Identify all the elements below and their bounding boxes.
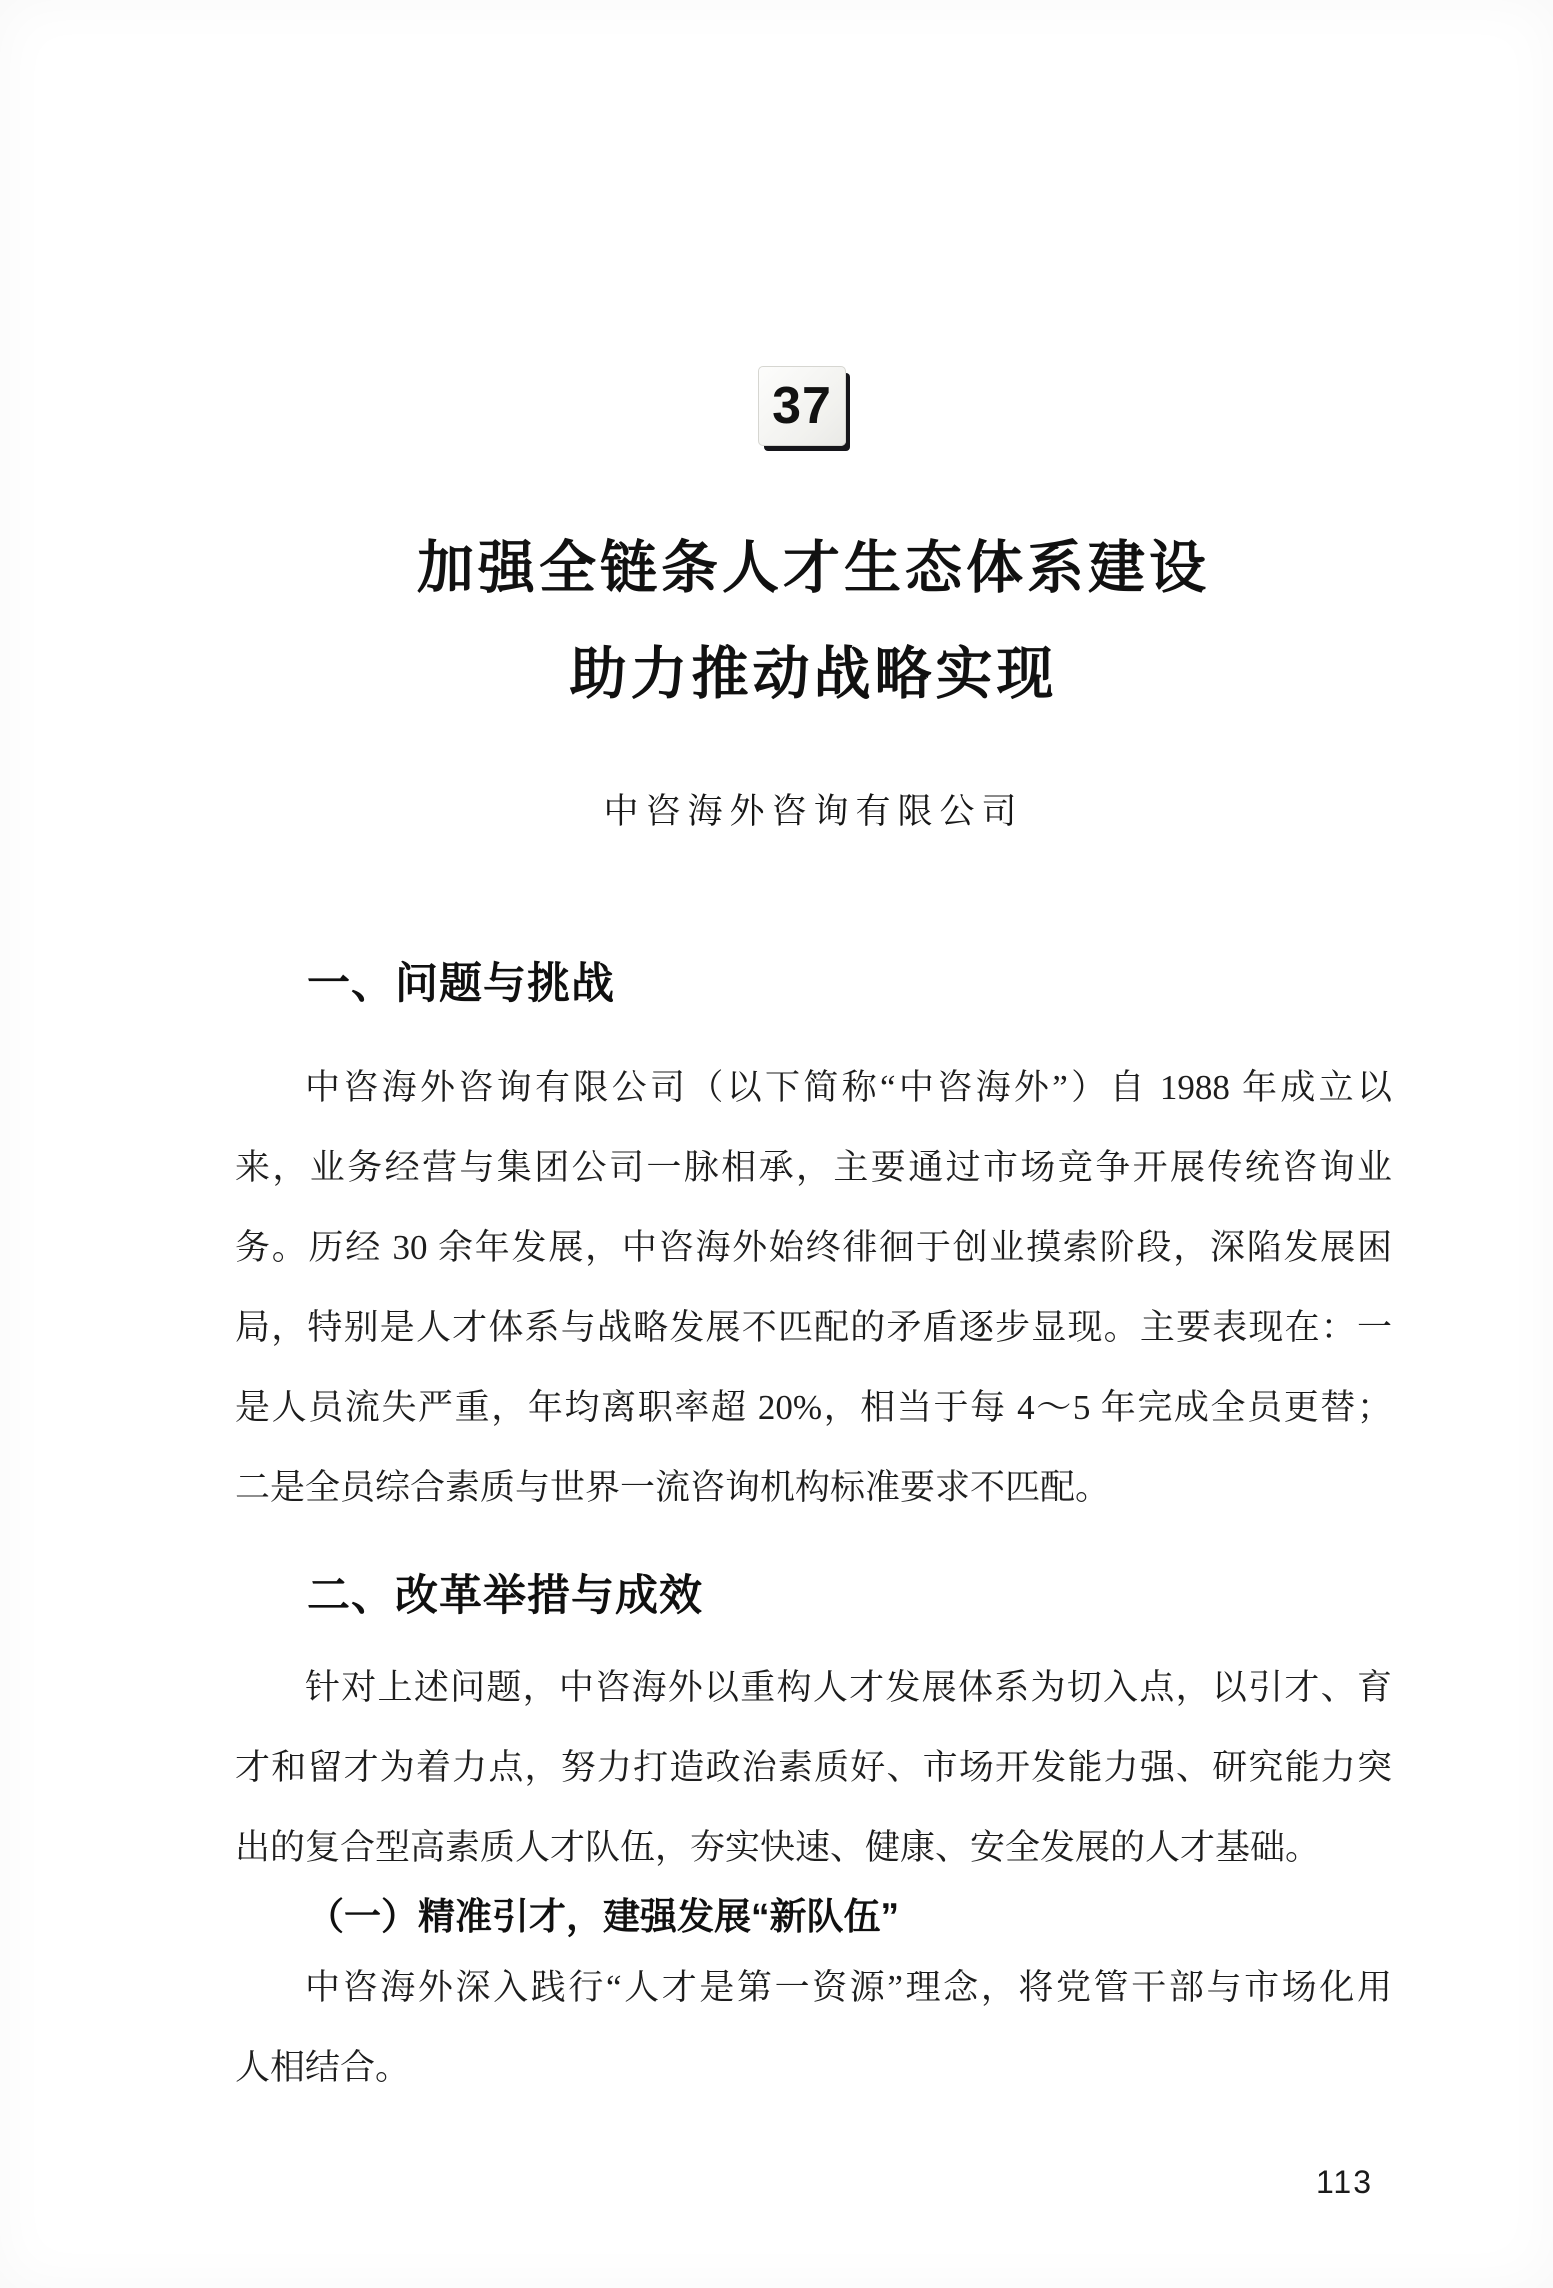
- author-name: 中咨海外咨询有限公司: [235, 784, 1392, 834]
- paragraph-problems: 中咨海外咨询有限公司（以下简称“中咨海外”）自 1988 年成立以 来，业务经营…: [235, 1048, 1392, 1528]
- text-line: 来，业务经营与集团公司一脉相承，主要通过市场竞争开展传统咨询业: [235, 1128, 1392, 1208]
- text-line: 中咨海外咨询有限公司（以下简称“中咨海外”）自 1988 年成立以: [235, 1048, 1392, 1128]
- subsection-heading-recruiting: （一）精准引才，建强发展“新队伍”: [307, 1894, 899, 1940]
- text-line: 中咨海外深入践行“人才是第一资源”理念，将党管干部与市场化用: [235, 1948, 1392, 2028]
- article-title-line-2: 助力推动战略实现: [235, 646, 1392, 703]
- text-line: 局，特别是人才体系与战略发展不匹配的矛盾逐步显现。主要表现在：一: [235, 1288, 1392, 1368]
- text-line: 出的复合型高素质人才队伍，夯实快速、健康、安全发展的人才基础。: [235, 1808, 1392, 1888]
- section-heading-problems: 一、问题与挑战: [307, 958, 615, 1010]
- text-line: 二是全员综合素质与世界一流咨询机构标准要求不匹配。: [235, 1448, 1392, 1528]
- text-line: 是人员流失严重，年均离职率超 20%，相当于每 4～5 年完成全员更替；: [235, 1368, 1392, 1448]
- paragraph-recruiting: 中咨海外深入践行“人才是第一资源”理念，将党管干部与市场化用 人相结合。: [235, 1948, 1392, 2108]
- paragraph-reform: 针对上述问题，中咨海外以重构人才发展体系为切入点，以引才、育 才和留才为着力点，…: [235, 1648, 1392, 1888]
- text-line: 针对上述问题，中咨海外以重构人才发展体系为切入点，以引才、育: [235, 1648, 1392, 1728]
- section-heading-reform: 二、改革举措与成效: [307, 1570, 703, 1622]
- page-number: 113: [1316, 2164, 1373, 2201]
- text-line: 务。历经 30 余年发展，中咨海外始终徘徊于创业摸索阶段，深陷发展困: [235, 1208, 1392, 1288]
- article-title-line-1: 加强全链条人才生态体系建设: [235, 540, 1392, 597]
- chapter-number: 37: [772, 380, 832, 432]
- text-line: 才和留才为着力点，努力打造政治素质好、市场开发能力强、研究能力突: [235, 1728, 1392, 1808]
- book-page: 37 加强全链条人才生态体系建设 助力推动战略实现 中咨海外咨询有限公司 一、问…: [0, 0, 1553, 2288]
- chapter-number-box: 37: [758, 366, 846, 446]
- text-line: 人相结合。: [235, 2028, 1392, 2108]
